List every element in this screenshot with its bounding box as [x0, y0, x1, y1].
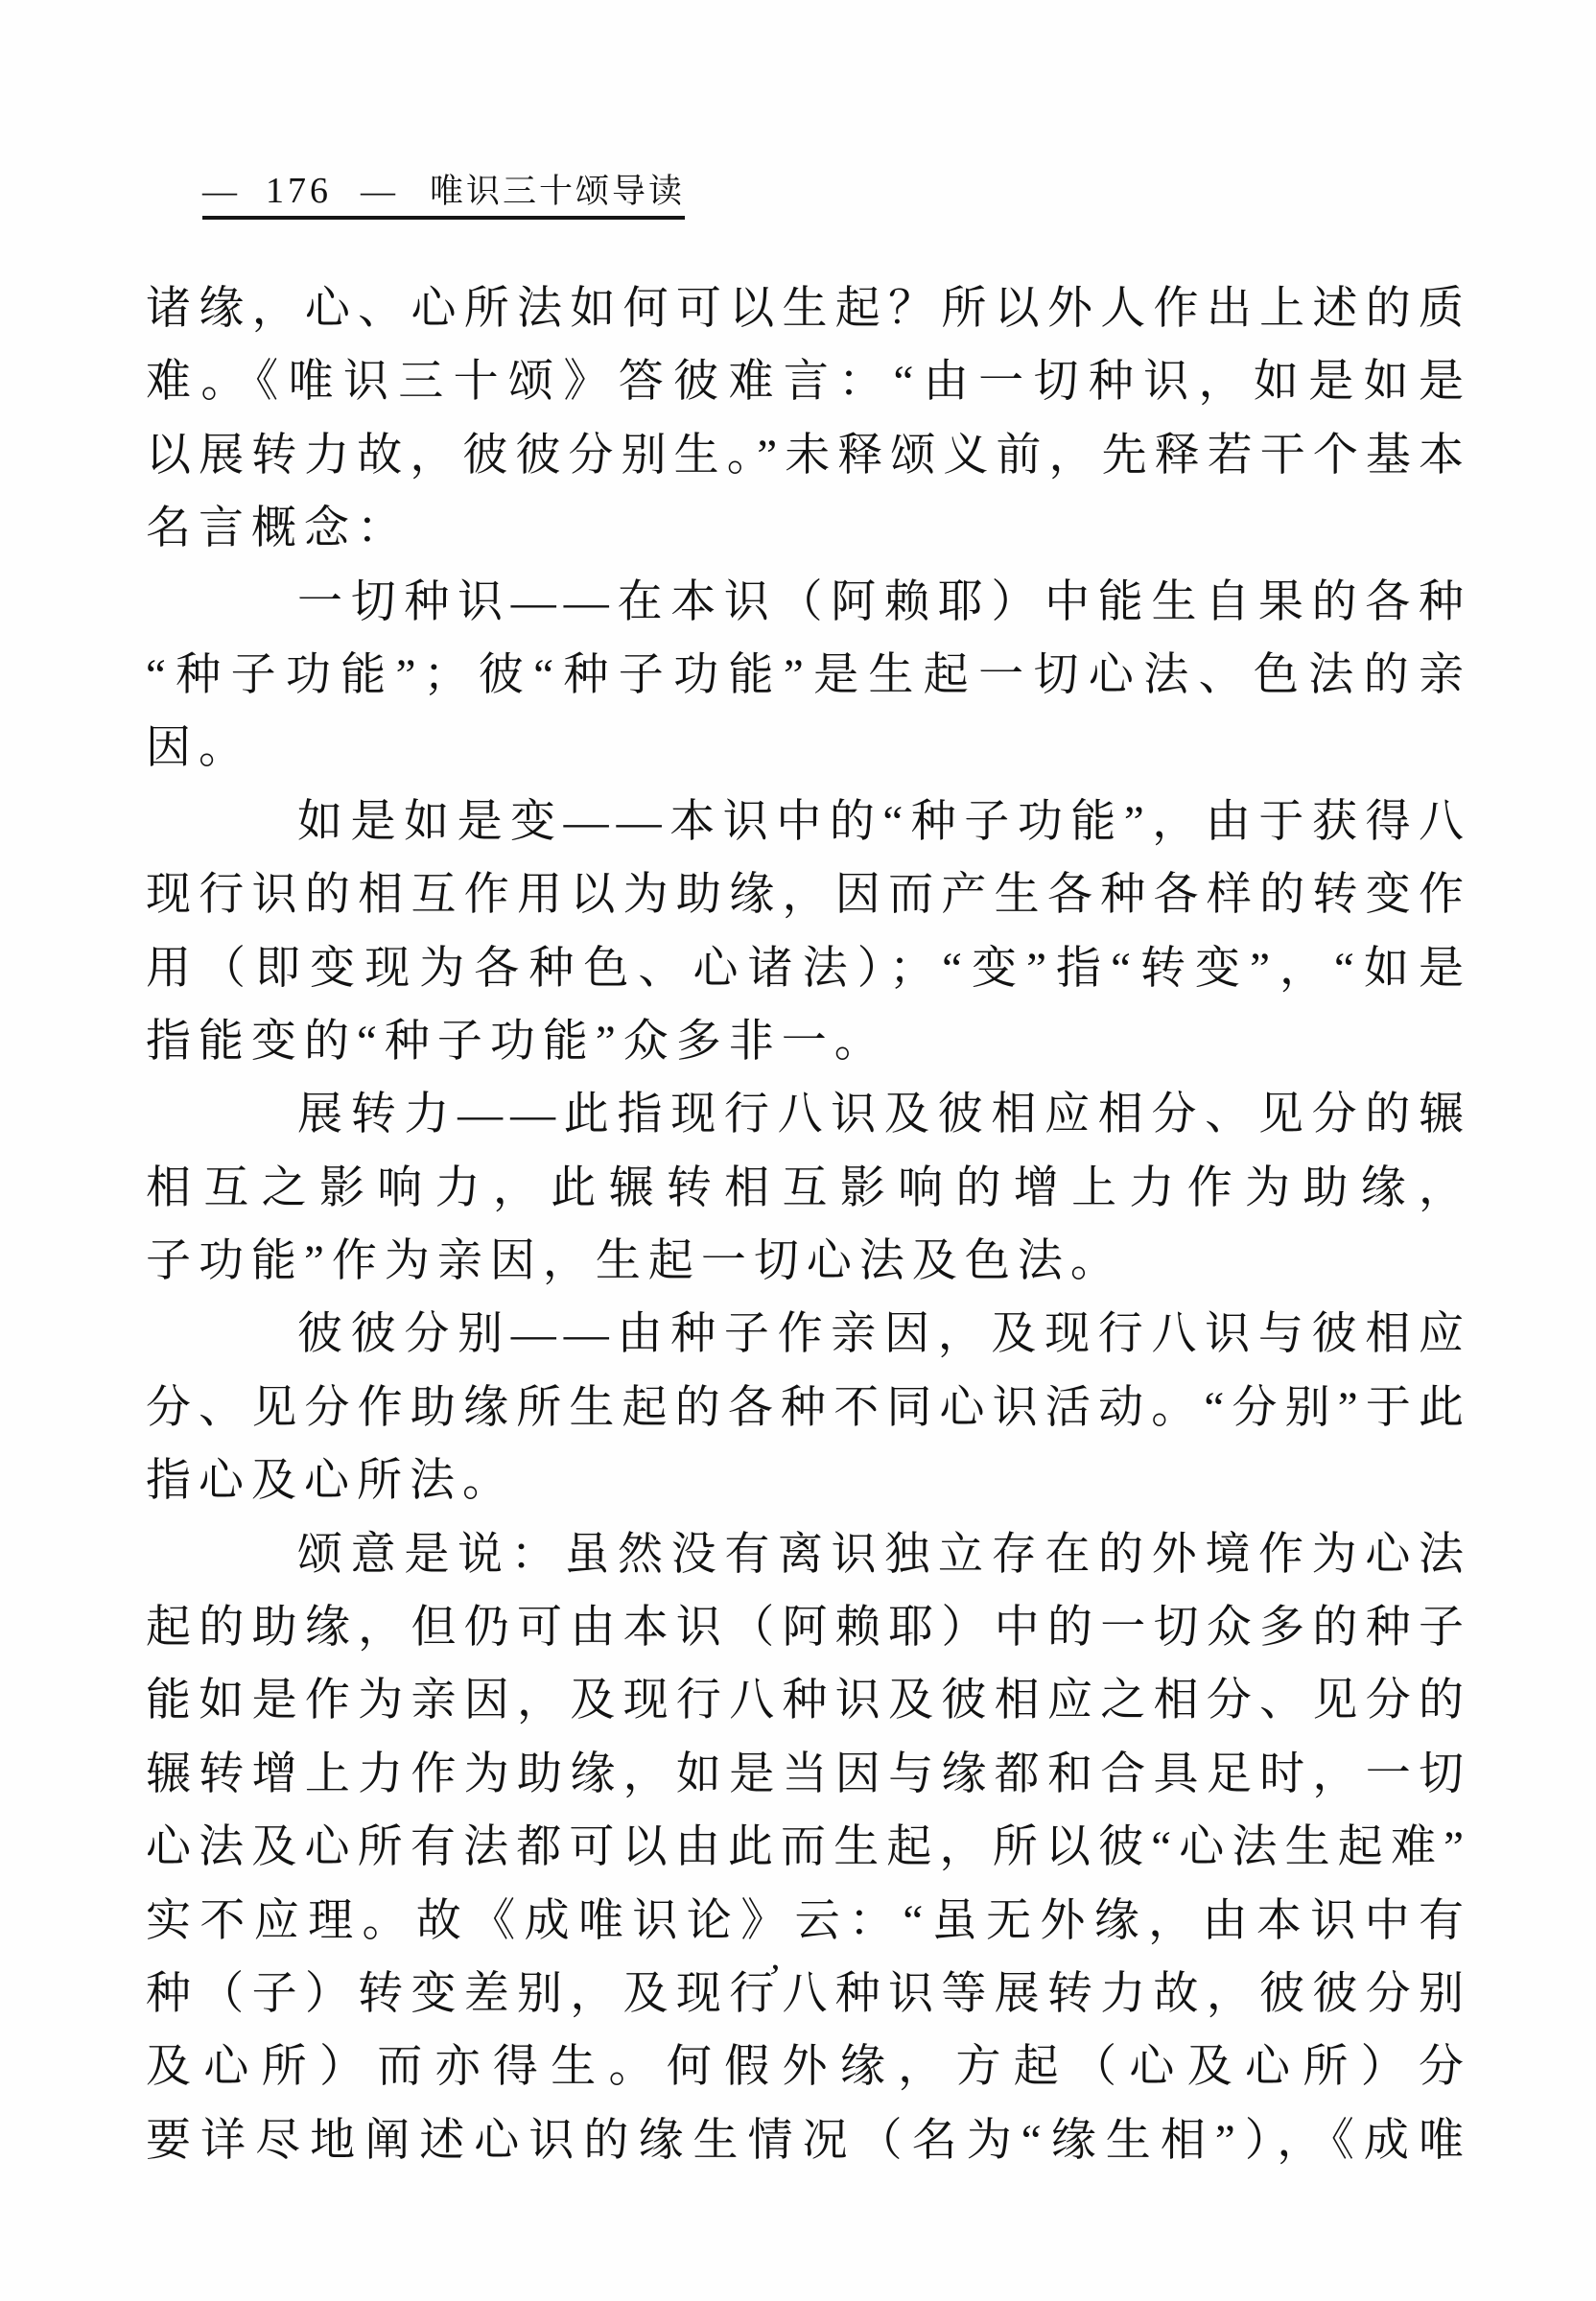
text-line: 及心所）而亦得生。何假外缘，方起（心及心所）分别？”131为 [146, 2031, 1471, 2103]
text-line: 能如是作为亲因，及现行八种识及彼相应之相分、见分的 [146, 1664, 1471, 1737]
text-line: 以展转力故，彼彼分别生。”未释颂义前，先释若干个基本 [146, 419, 1471, 492]
text-line: 名言概念： [146, 492, 1471, 565]
header-dash-right: — [361, 173, 395, 209]
header-dash-left: — [202, 173, 237, 209]
text-line: 难。《唯识三十颂》答彼难言：“由一切种识，如是如是变， [146, 345, 1471, 418]
text-line: 要详尽地阐述心识的缘生情况（名为“缘生相”），《成唯识 [146, 2104, 1471, 2177]
text-line: 分、见分作助缘所生起的各种不同心识活动。“分别”于此 [146, 1372, 1471, 1444]
text-line: 实不应理。故《成唯识论》云：“虽无外缘，由本识中有一切 [146, 1885, 1471, 1958]
text-line: 颂意是说：虽然没有离识独立存在的外境作为心法生 [146, 1518, 1471, 1591]
text-line: 现行识的相互作用以为助缘，因而产生各种各样的转变作 [146, 858, 1471, 931]
text-line: 心法及心所有法都可以由此而生起，所以彼“心法生起难” [146, 1811, 1471, 1884]
text-line: 展转力——此指现行八识及彼相应相分、见分的辗转 [146, 1078, 1471, 1151]
text-line: 如是如是变——本识中的“种子功能”，由于获得八个 [146, 786, 1471, 858]
text-line: 一切种识——在本识（阿赖耶）中能生自果的各种 [146, 566, 1471, 639]
text-line: 因。 [146, 712, 1471, 785]
text-line: “种子功能”；彼“种子功能”是生起一切心法、色法的亲 [146, 639, 1471, 712]
page-body: 诸缘，心、心所法如何可以生起？所以外人作出上述的质难。《唯识三十颂》答彼难言：“… [146, 272, 1471, 2177]
text-line: 彼彼分别——由种子作亲因，及现行八识与彼相应相 [146, 1298, 1471, 1371]
text-line: 起的助缘，但仍可由本识（阿赖耶）中的一切众多的种子功 [146, 1591, 1471, 1664]
text-line: 诸缘，心、心所法如何可以生起？所以外人作出上述的质 [146, 272, 1471, 345]
book-title: 唯识三十颂导读 [430, 174, 685, 210]
book-page: — 176 — 唯识三十颂导读 诸缘，心、心所法如何可以生起？所以外人作出上述的… [0, 0, 1596, 2301]
text-line: 用（即变现为各种色、心诸法）；“变”指“转变”，“如是如是” [146, 932, 1471, 1005]
text-line: 子功能”作为亲因，生起一切心法及色法。 [146, 1225, 1471, 1298]
text-line: 辗转增上力作为助缘，如是当因与缘都和合具足时，一切 [146, 1738, 1471, 1811]
text-line: 种（子）转变差别，及现行八种识等展转力故，彼彼分别（心 [146, 1958, 1471, 2031]
page-number: 176 [266, 173, 332, 209]
text-line: 相互之影响力，此辗转相互影响的增上力作为助缘，使“种 [146, 1152, 1471, 1225]
page-header: — 176 — 唯识三十颂导读 [202, 173, 685, 220]
text-line: 指心及心所法。 [146, 1444, 1471, 1517]
text-line: 指能变的“种子功能”众多非一。 [146, 1005, 1471, 1078]
